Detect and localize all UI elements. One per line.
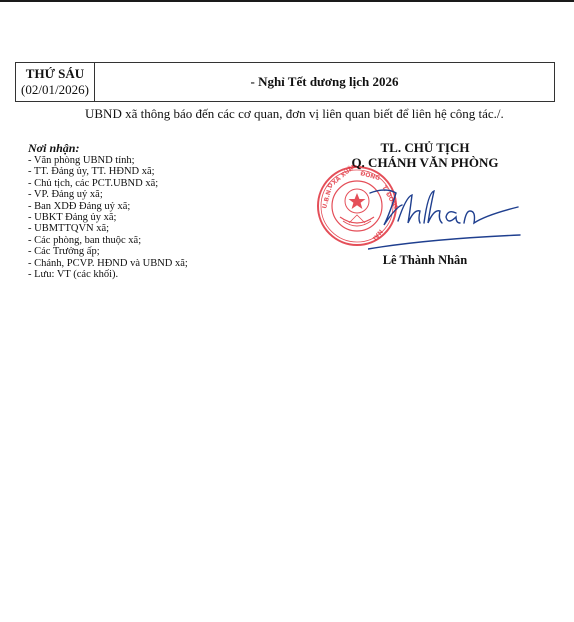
recipient-item: - Các Trưởng ấp; bbox=[28, 246, 188, 257]
signature-title-line2: Q. CHÁNH VĂN PHÒNG bbox=[330, 155, 520, 170]
recipient-item: - VP. Đảng uỷ xã; bbox=[28, 189, 188, 200]
recipient-item: - Các phòng, ban thuộc xã; bbox=[28, 235, 188, 246]
notice-text: UBND xã thông báo đến các cơ quan, đơn v… bbox=[85, 106, 504, 122]
recipient-item: - TT. Đảng ủy, TT. HĐND xã; bbox=[28, 166, 188, 177]
recipient-item: - Lưu: VT (các khối). bbox=[28, 269, 188, 280]
event-cell: - Nghỉ Tết dương lịch 2026 bbox=[95, 63, 554, 101]
recipient-item: - Ban XDĐ Đảng uỷ xã; bbox=[28, 201, 188, 212]
handwritten-signature-icon bbox=[368, 185, 528, 255]
day-name: THỨ SÁU bbox=[26, 66, 84, 82]
recipient-item: - UBKT Đảng ủy xã; bbox=[28, 212, 188, 223]
recipient-item: - Chánh, PCVP. HĐND và UBND xã; bbox=[28, 258, 188, 269]
day-date: (02/01/2026) bbox=[21, 82, 89, 98]
recipient-item: - UBMTTQVN xã; bbox=[28, 223, 188, 234]
signature-block: TL. CHỦ TỊCH Q. CHÁNH VĂN PHÒNG Lê Thành… bbox=[330, 140, 520, 170]
recipient-item: - Chủ tịch, các PCT.UBND xã; bbox=[28, 178, 188, 189]
top-border-line bbox=[0, 0, 574, 2]
recipient-items: - Văn phòng UBND tỉnh;- TT. Đảng ủy, TT.… bbox=[28, 155, 188, 280]
schedule-table: THỨ SÁU (02/01/2026) - Nghỉ Tết dương lị… bbox=[15, 62, 555, 102]
event-text: - Nghỉ Tết dương lịch 2026 bbox=[250, 74, 398, 90]
day-cell: THỨ SÁU (02/01/2026) bbox=[16, 63, 95, 101]
signature-title-line1: TL. CHỦ TỊCH bbox=[330, 140, 520, 155]
recipient-item: - Văn phòng UBND tỉnh; bbox=[28, 155, 188, 166]
recipients-heading: Nơi nhận: bbox=[28, 142, 188, 155]
recipients-list: Nơi nhận: - Văn phòng UBND tỉnh;- TT. Đả… bbox=[28, 142, 188, 280]
signer-name: Lê Thành Nhân bbox=[330, 253, 520, 268]
